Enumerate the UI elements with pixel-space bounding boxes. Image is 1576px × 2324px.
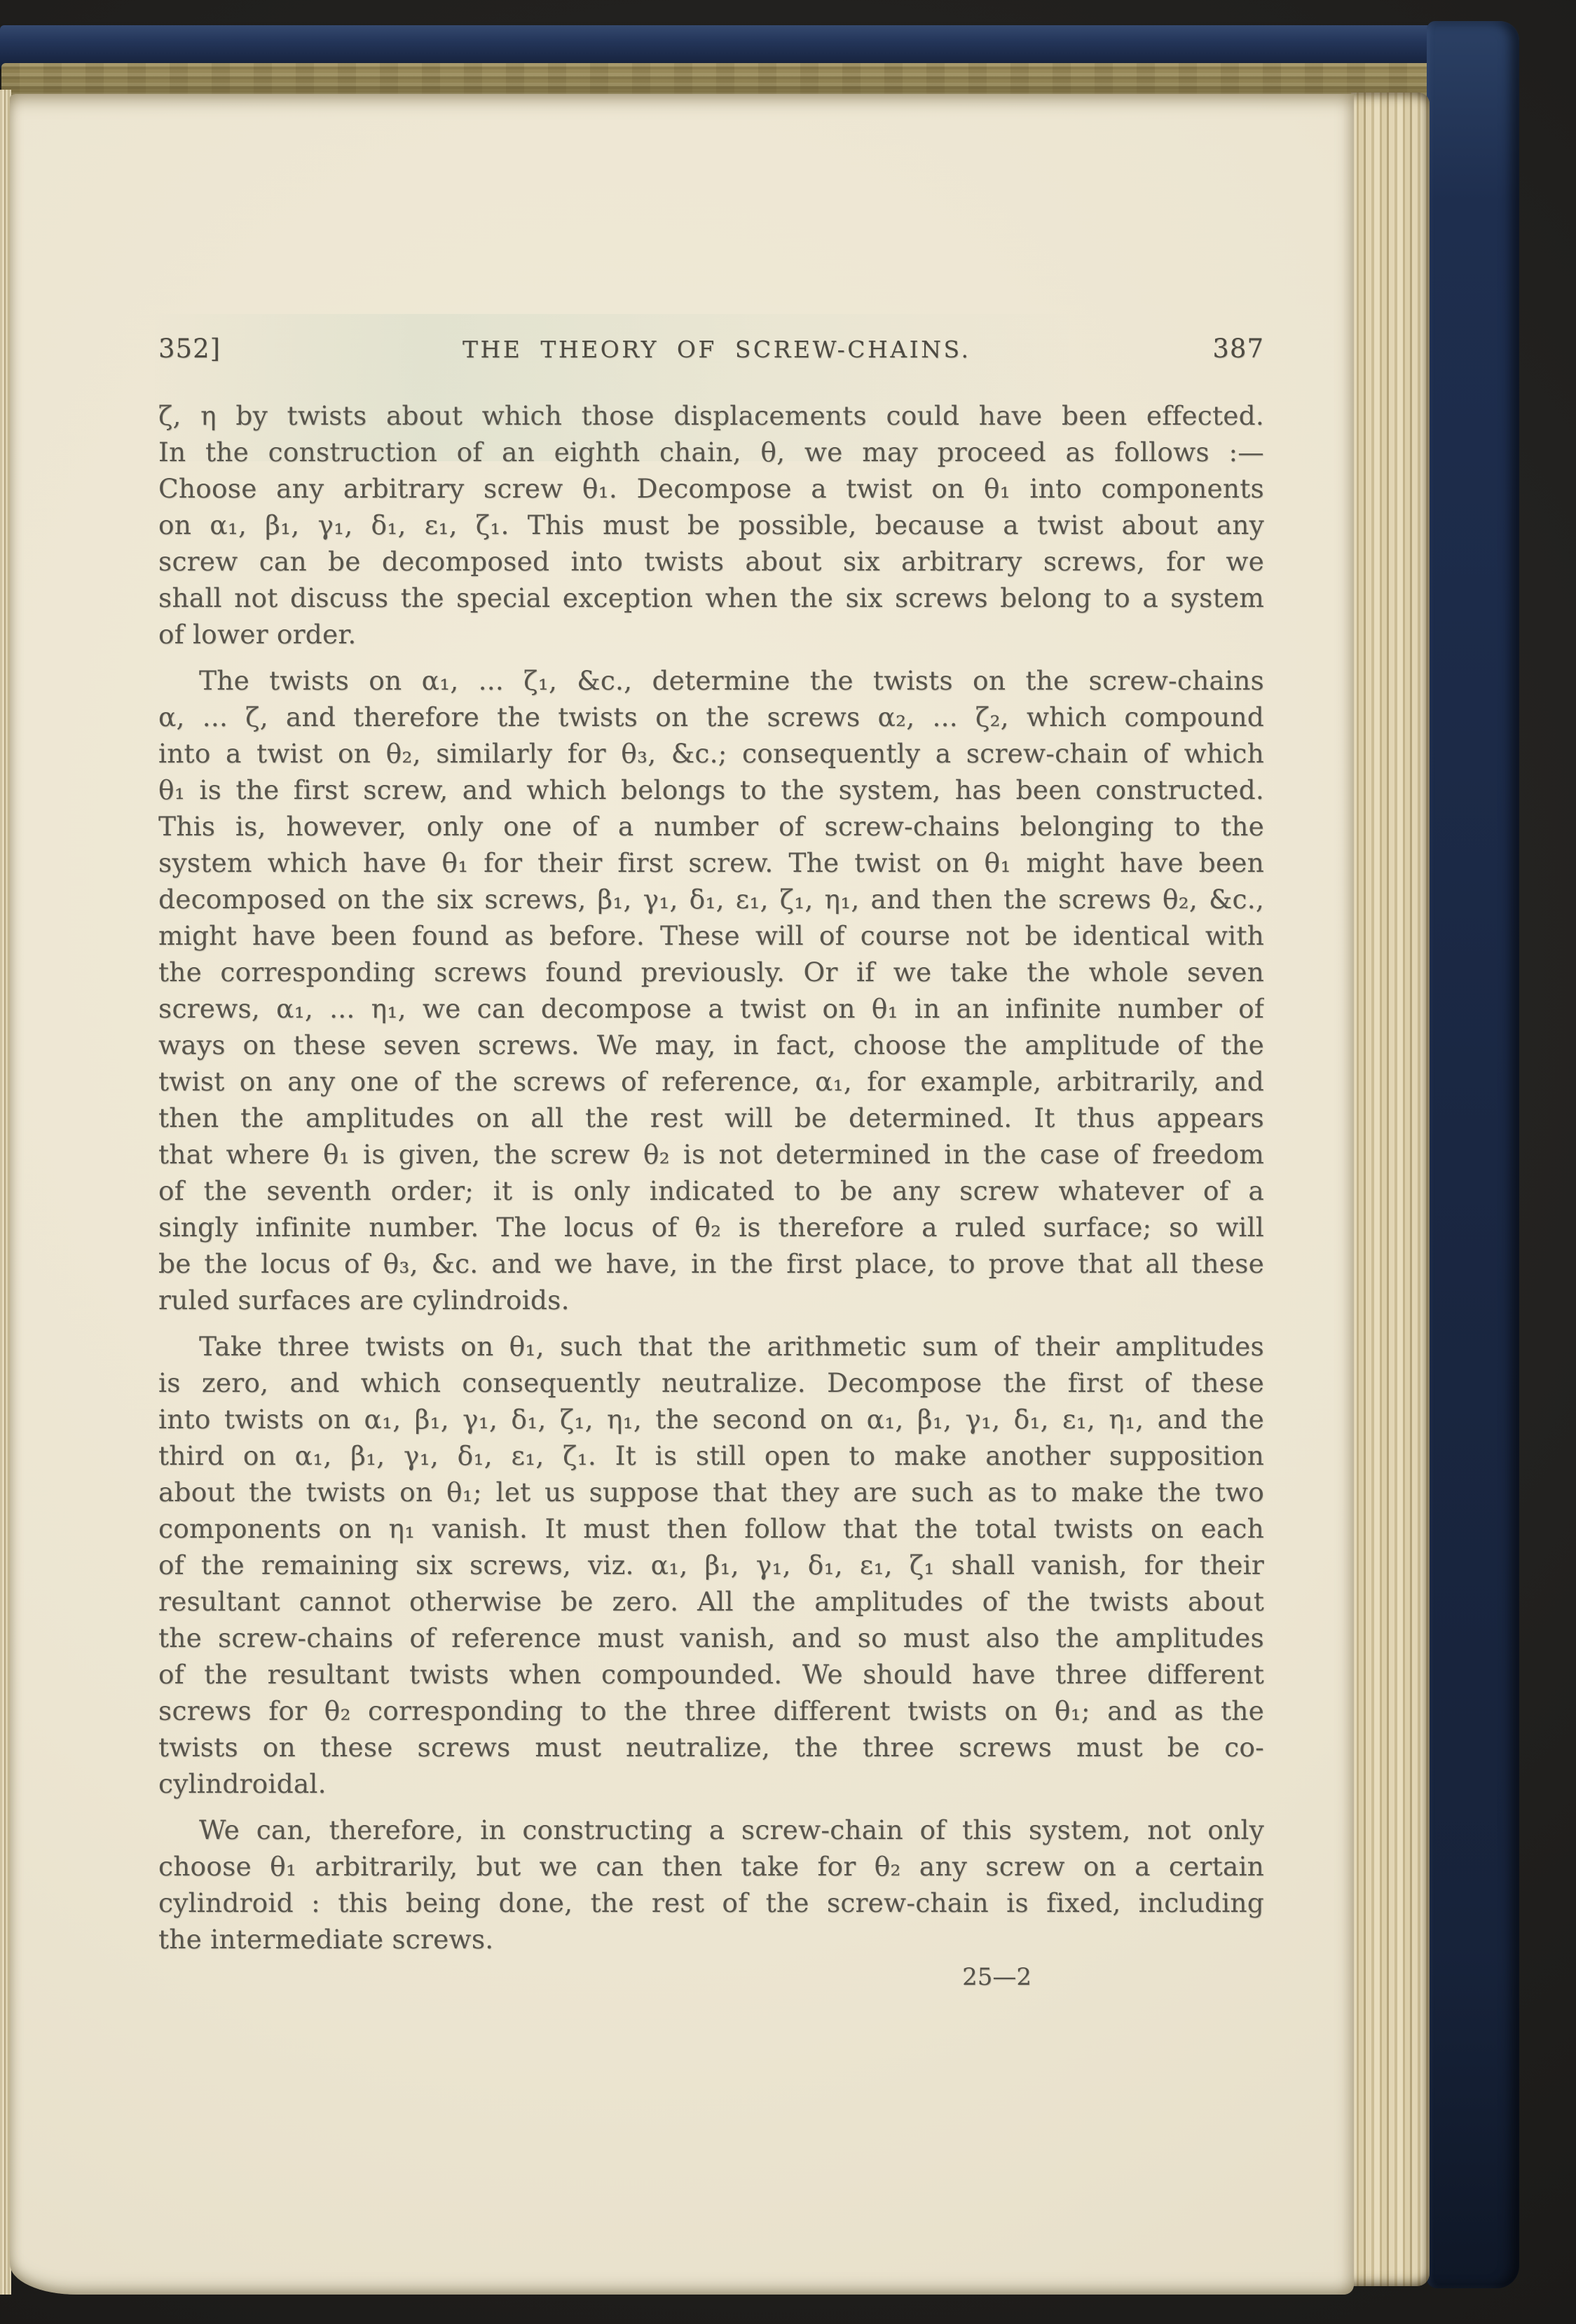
running-title: THE THEORY OF SCREW-CHAINS. bbox=[221, 336, 1212, 363]
text-line: of the remaining six screws, viz. α₁, β₁… bbox=[158, 1547, 1264, 1583]
text-line: into twists on α₁, β₁, γ₁, δ₁, ζ₁, η₁, t… bbox=[158, 1401, 1264, 1437]
text-line: screw can be decomposed into twists abou… bbox=[158, 543, 1264, 580]
text-line: singly infinite number. The locus of θ₂ … bbox=[158, 1209, 1264, 1245]
text-line: We can, therefore, in constructing a scr… bbox=[158, 1812, 1264, 1848]
text-line: cylindroidal. bbox=[158, 1765, 1264, 1802]
text-line: of lower order. bbox=[158, 616, 1264, 652]
text-line: the intermediate screws. bbox=[158, 1921, 1264, 1957]
text-line: resultant cannot otherwise be zero. All … bbox=[158, 1583, 1264, 1620]
body-text: ζ, η by twists about which those displac… bbox=[158, 397, 1264, 1991]
paragraph: We can, therefore, in constructing a scr… bbox=[158, 1812, 1264, 1957]
text-line: might have been found as before. These w… bbox=[158, 917, 1264, 954]
gilt-page-edges-top bbox=[1, 63, 1466, 98]
text-line: be the locus of θ₃, &c. and we have, in … bbox=[158, 1245, 1264, 1282]
text-line: choose θ₁ arbitrarily, but we can then t… bbox=[158, 1848, 1264, 1885]
text-line: then the amplitudes on all the rest will… bbox=[158, 1100, 1264, 1136]
text-line: system which have θ₁ for their first scr… bbox=[158, 845, 1264, 881]
text-line: In the construction of an eighth chain, … bbox=[158, 434, 1264, 470]
book-cover-right-edge bbox=[1427, 21, 1519, 2288]
text-line: third on α₁, β₁, γ₁, δ₁, ε₁, ζ₁. It is s… bbox=[158, 1437, 1264, 1474]
text-line: that where θ₁ is given, the screw θ₂ is … bbox=[158, 1136, 1264, 1173]
page-number: 387 bbox=[1212, 334, 1264, 364]
text-line: is zero, and which consequently neutrali… bbox=[158, 1365, 1264, 1401]
text-line: cylindroid : this being done, the rest o… bbox=[158, 1885, 1264, 1921]
page-content: 352] THE THEORY OF SCREW-CHAINS. 387 ζ, … bbox=[10, 94, 1354, 2295]
text-line: ruled surfaces are cylindroids. bbox=[158, 1282, 1264, 1318]
text-line: screws, α₁, ... η₁, we can decompose a t… bbox=[158, 990, 1264, 1027]
text-line: the corresponding screws found previousl… bbox=[158, 954, 1264, 990]
text-line: This is, however, only one of a number o… bbox=[158, 808, 1264, 845]
fore-edge-page-stack bbox=[1351, 93, 1430, 2286]
paragraph: The twists on α₁, ... ζ₁, &c., determine… bbox=[158, 662, 1264, 1318]
text-line: components on η₁ vanish. It must then fo… bbox=[158, 1510, 1264, 1547]
text-line: ζ, η by twists about which those displac… bbox=[158, 397, 1264, 434]
text-line: ways on these seven screws. We may, in f… bbox=[158, 1027, 1264, 1063]
signature-mark: 25—2 bbox=[158, 1963, 1264, 1991]
text-line: of the seventh order; it is only indicat… bbox=[158, 1173, 1264, 1209]
text-line: decomposed on the six screws, β₁, γ₁, δ₁… bbox=[158, 881, 1264, 917]
text-line: θ₁ is the first screw, and which belongs… bbox=[158, 772, 1264, 808]
text-line: Choose any arbitrary screw θ₁. Decompose… bbox=[158, 470, 1264, 507]
text-line: of the resultant twists when compounded.… bbox=[158, 1656, 1264, 1693]
text-line: about the twists on θ₁; let us suppose t… bbox=[158, 1474, 1264, 1510]
paragraph: Take three twists on θ₁, such that the a… bbox=[158, 1328, 1264, 1802]
text-line: twists on these screws must neutralize, … bbox=[158, 1729, 1264, 1765]
text-line: Take three twists on θ₁, such that the a… bbox=[158, 1328, 1264, 1365]
text-line: α, ... ζ, and therefore the twists on th… bbox=[158, 699, 1264, 735]
running-section-number: 352] bbox=[158, 334, 221, 364]
text-line: shall not discuss the special exception … bbox=[158, 580, 1264, 616]
text-line: screws for θ₂ corresponding to the three… bbox=[158, 1693, 1264, 1729]
text-line: twist on any one of the screws of refere… bbox=[158, 1063, 1264, 1100]
text-line: the screw-chains of reference must vanis… bbox=[158, 1620, 1264, 1656]
text-line: The twists on α₁, ... ζ₁, &c., determine… bbox=[158, 662, 1264, 699]
text-line: into a twist on θ₂, similarly for θ₃, &c… bbox=[158, 735, 1264, 772]
text-line: on α₁, β₁, γ₁, δ₁, ε₁, ζ₁. This must be … bbox=[158, 507, 1264, 543]
book-photo: 352] THE THEORY OF SCREW-CHAINS. 387 ζ, … bbox=[0, 0, 1576, 2324]
page-header: 352] THE THEORY OF SCREW-CHAINS. 387 bbox=[158, 334, 1264, 364]
paragraph: ζ, η by twists about which those displac… bbox=[158, 397, 1264, 652]
